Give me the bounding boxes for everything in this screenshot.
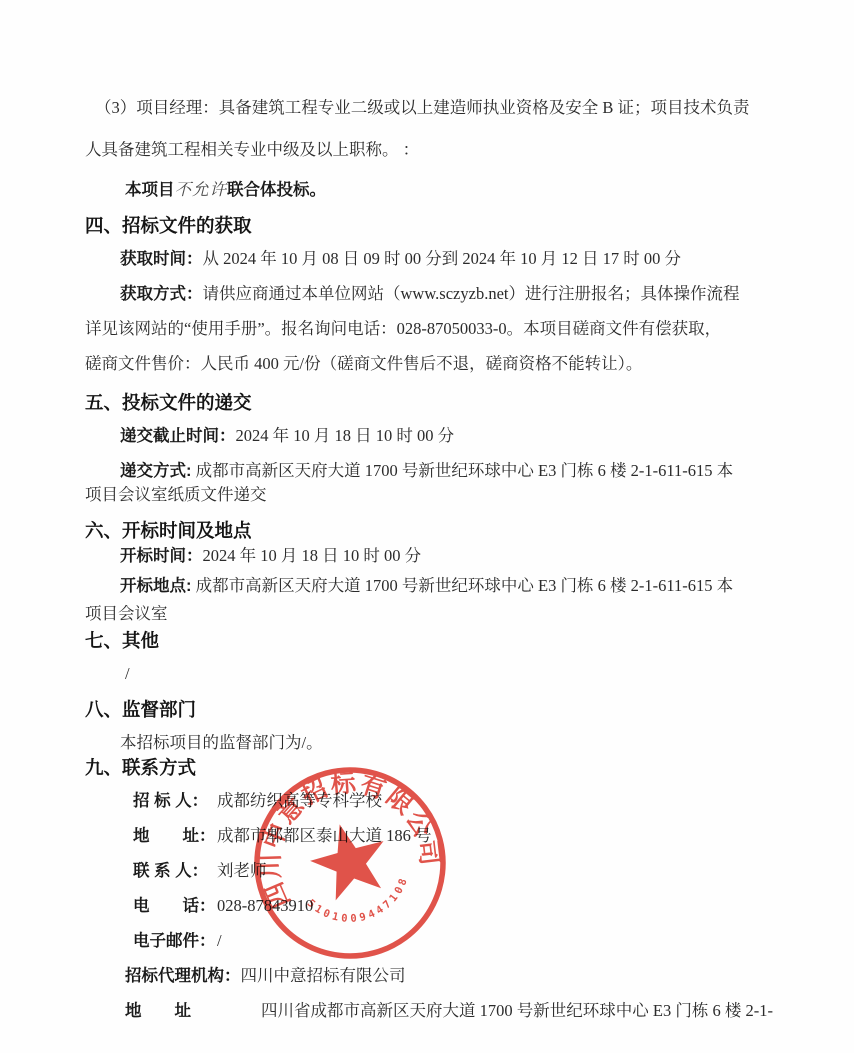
agency-label: 招标代理机构： xyxy=(125,964,241,988)
contact-row-person: 联 系 人：刘老师 xyxy=(85,859,777,883)
consortium-line: 本项目不允许联合体投标。 xyxy=(85,178,777,202)
submit-method-value: 成都市高新区天府大道 1700 号新世纪环球中心 E3 门栋 6 楼 2-1-6… xyxy=(192,461,734,480)
qualification-line-1: （3）项目经理：具备建筑工程专业二级或以上建造师执业资格及安全 B 证；项目技术… xyxy=(85,96,777,120)
email-label: 电子邮件： xyxy=(133,929,217,953)
supervision-content: 本招标项目的监督部门为/。 xyxy=(85,731,777,755)
section-6-heading: 六、开标时间及地点 xyxy=(85,518,777,544)
opening-place-line-2: 项目会议室 xyxy=(85,602,777,626)
address-value: 成都市郫都区泰山大道 186 号 xyxy=(217,826,432,845)
submit-deadline-line: 递交截止时间：2024 年 10 月 18 日 10 时 00 分 xyxy=(85,424,777,448)
submit-deadline-label: 递交截止时间： xyxy=(120,427,236,445)
opening-time-label: 开标时间： xyxy=(120,547,203,565)
qualification-line-2: 人具备建筑工程相关专业中级及以上职称。 ： xyxy=(85,138,777,162)
tenderer-value: 成都纺织高等专科学校 xyxy=(217,791,382,810)
submit-deadline-value: 2024 年 10 月 18 日 10 时 00 分 xyxy=(236,426,455,445)
contact-row-email: 电子邮件：/ xyxy=(85,929,777,953)
contact-row-tenderer: 招 标 人：成都纺织高等专科学校 xyxy=(85,789,777,813)
acquire-method-line-2: 详见该网站的“使用手册”。报名询问电话：028-87050033-0。本项目磋商… xyxy=(85,317,777,341)
address-label: 地 址： xyxy=(133,824,217,848)
section-8-heading: 八、监督部门 xyxy=(85,697,777,723)
acquire-time-line: 获取时间：从 2024 年 10 月 08 日 09 时 00 分到 2024 … xyxy=(85,247,777,271)
acquire-time-label: 获取时间： xyxy=(120,250,203,268)
submit-method-label: 递交方式: xyxy=(120,462,192,480)
acquire-method-line: 获取方式：请供应商通过本单位网站（www.sczyzb.net）进行注册报名；具… xyxy=(85,282,777,306)
acquire-time-value: 从 2024 年 10 月 08 日 09 时 00 分到 2024 年 10 … xyxy=(203,249,682,268)
phone-label: 电 话： xyxy=(133,894,217,918)
submit-method-line-2: 项目会议室纸质文件递交 xyxy=(85,483,777,507)
section-4-heading: 四、招标文件的获取 xyxy=(85,213,777,239)
acquire-method-label: 获取方式： xyxy=(120,285,203,303)
contact-row-phone: 电 话：028-87843910 xyxy=(85,894,777,918)
consortium-not-allowed: 不允许 xyxy=(175,180,228,199)
document-content: （3）项目经理：具备建筑工程专业二级或以上建造师执业资格及安全 B 证；项目技术… xyxy=(85,96,777,1034)
tender-document-page: （3）项目经理：具备建筑工程专业二级或以上建造师执业资格及安全 B 证；项目技术… xyxy=(0,0,854,1053)
opening-time-line: 开标时间：2024 年 10 月 18 日 10 时 00 分 xyxy=(85,544,777,568)
opening-place-label: 开标地点: xyxy=(120,577,192,595)
contact-person-value: 刘老师 xyxy=(217,861,267,880)
agency-address-value: 四川省成都市高新区天府大道 1700 号新世纪环球中心 E3 门栋 6 楼 2-… xyxy=(261,1001,773,1020)
opening-place-line: 开标地点: 成都市高新区天府大道 1700 号新世纪环球中心 E3 门栋 6 楼… xyxy=(85,574,777,598)
opening-place-value: 成都市高新区天府大道 1700 号新世纪环球中心 E3 门栋 6 楼 2-1-6… xyxy=(192,576,734,595)
consortium-post: 联合体投标。 xyxy=(227,181,326,199)
agency-line: 招标代理机构：四川中意招标有限公司 xyxy=(85,964,777,988)
other-content: / xyxy=(85,662,777,686)
agency-value: 四川中意招标有限公司 xyxy=(241,966,406,985)
section-7-heading: 七、其他 xyxy=(85,628,777,654)
section-9-heading: 九、联系方式 xyxy=(85,755,777,781)
acquire-method-value: 请供应商通过本单位网站（www.sczyzb.net）进行注册报名；具体操作流程 xyxy=(203,284,740,303)
opening-time-value: 2024 年 10 月 18 日 10 时 00 分 xyxy=(203,546,422,565)
contact-person-label: 联 系 人： xyxy=(133,859,217,883)
section-5-heading: 五、投标文件的递交 xyxy=(85,390,777,416)
submit-method-line: 递交方式: 成都市高新区天府大道 1700 号新世纪环球中心 E3 门栋 6 楼… xyxy=(85,459,777,483)
tenderer-label: 招 标 人： xyxy=(133,789,217,813)
email-value: / xyxy=(217,931,222,950)
consortium-pre: 本项目 xyxy=(125,181,175,199)
phone-value: 028-87843910 xyxy=(217,896,313,915)
agency-address-label: 地 址 xyxy=(125,999,209,1023)
agency-address-line: 地 址四川省成都市高新区天府大道 1700 号新世纪环球中心 E3 门栋 6 楼… xyxy=(85,999,777,1023)
contact-row-address: 地 址：成都市郫都区泰山大道 186 号 xyxy=(85,824,777,848)
acquire-method-line-3: 磋商文件售价：人民币 400 元/份（磋商文件售后不退，磋商资格不能转让）。 xyxy=(85,352,777,376)
